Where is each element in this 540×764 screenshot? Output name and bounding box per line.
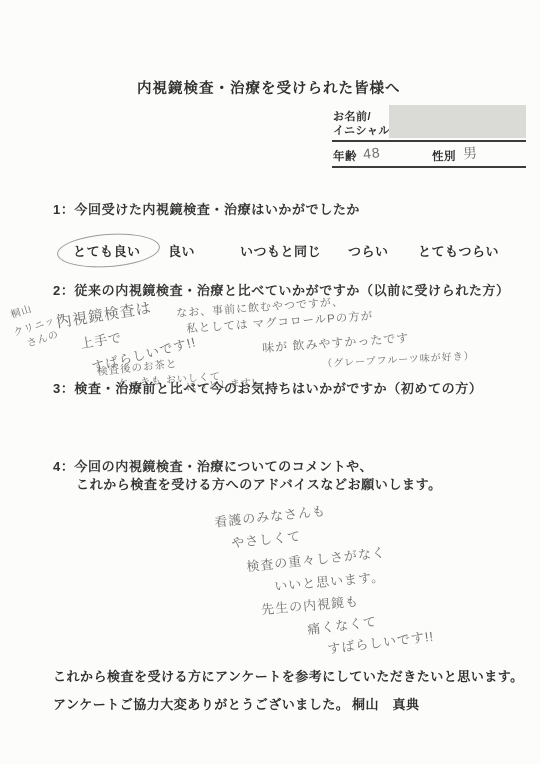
footer-signature: 桐山 真典 [352, 694, 420, 713]
name-label-line2: イニシャル [333, 122, 390, 138]
question-3-label: 3：検査・治療前と比べて今のお気持ちはいかがですか（初めての方） [53, 378, 482, 397]
question-4-label-line2: これから検査を受ける方へのアドバイスなどお願いします。 [76, 474, 442, 493]
q2-handwriting-line: 上手で [79, 327, 123, 352]
q1-option-same-as-usual: いつもと同じ [240, 241, 321, 260]
footer-thanks: アンケートご協力大変ありがとうございました。 [53, 694, 349, 713]
q1-option-good: 良い [168, 241, 195, 260]
gender-label: 性別 [432, 148, 456, 164]
page-title: 内視鏡検査・治療を受けられた皆様へ [137, 77, 401, 98]
q4-handwriting-line: 看護のみなさんも [213, 500, 326, 531]
question-1-label: 1：今回受けた内視鏡検査・治療はいかがでしたか [53, 199, 360, 218]
q4-handwriting-line: やさしくて [230, 525, 302, 551]
gender-value-handwritten: 男 [462, 143, 478, 164]
question-4-label-line1: 4：今回の内視鏡検査・治療についてのコメントや、 [53, 456, 373, 475]
age-label: 年齢 [333, 148, 357, 164]
scanned-questionnaire-page: 内視鏡検査・治療を受けられた皆様へ お名前/ イニシャル 年齢 48 性別 男 … [0, 0, 540, 764]
redacted-name-value [389, 105, 526, 138]
q1-option-hard: つらい [348, 241, 389, 260]
header-divider-top [332, 140, 526, 142]
header-divider-bottom [332, 166, 526, 168]
q1-option-very-hard: とてもつらい [418, 241, 499, 260]
q2-handwriting-line: （グレープフルーツ味が好き） [322, 347, 475, 370]
q2-handwriting-line: 内視鏡検査は [55, 297, 153, 333]
age-value-handwritten: 48 [362, 144, 381, 162]
q1-option-very-good: とても良い [73, 241, 141, 260]
footer-line1: これから検査を受ける方にアンケートを参考にしていただきたいと思います。 [53, 666, 524, 685]
question-2-label: 2：従来の内視鏡検査・治療と比べていかがですか（以前に受けられた方） [53, 280, 510, 299]
